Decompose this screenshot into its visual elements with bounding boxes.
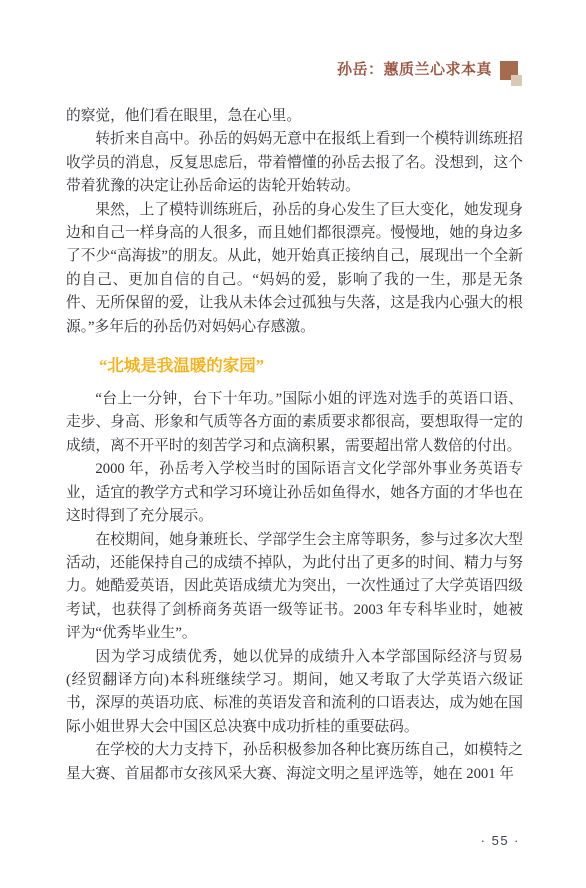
double-square-icon xyxy=(500,59,525,85)
chapter-title: 孙岳：蕙质兰心求本真 xyxy=(337,59,492,81)
page-header: 孙岳：蕙质兰心求本真 xyxy=(66,59,525,85)
page-body: 的察觉，他们看在眼里，急在心里。 转折来自高中。孙岳的妈妈无意中在报纸上看到一个… xyxy=(66,105,523,786)
paragraph: 因为学习成绩优秀，她以优异的成绩升入本学部国际经济与贸易(经贸翻译方向)本科班继… xyxy=(66,646,523,740)
paragraph: 2000 年，孙岳考入学校当时的国际语言文化学部外事业务英语专业，适宜的教学方式… xyxy=(66,458,523,528)
page-number: · 55 · xyxy=(481,833,520,848)
paragraph: 在校期间，她身兼班长、学部学生会主席等职务，参与过多次大型活动，还能保持自己的成… xyxy=(66,529,523,646)
paragraph: 转折来自高中。孙岳的妈妈无意中在报纸上看到一个模特训练班招收学员的消息，反复思虑… xyxy=(66,128,523,198)
icon-small-square xyxy=(511,75,522,86)
paragraph-continuation: 的察觉，他们看在眼里，急在心里。 xyxy=(66,105,523,128)
section-heading: “北城是我温暖的家园” xyxy=(66,354,523,378)
book-page: 孙岳：蕙质兰心求本真 的察觉，他们看在眼里，急在心里。 转折来自高中。孙岳的妈妈… xyxy=(0,0,586,888)
paragraph: 在学校的大力支持下，孙岳积极参加各种比赛历练自己，如模特之星大赛、首届都市女孩风… xyxy=(66,739,523,786)
paragraph: 果然，上了模特训练班后，孙岳的身心发生了巨大变化，她发现身边和自己一样身高的人很… xyxy=(66,199,523,339)
paragraph: “台上一分钟，台下十年功。”国际小姐的评选对选手的英语口语、走步、身高、形象和气… xyxy=(66,388,523,458)
